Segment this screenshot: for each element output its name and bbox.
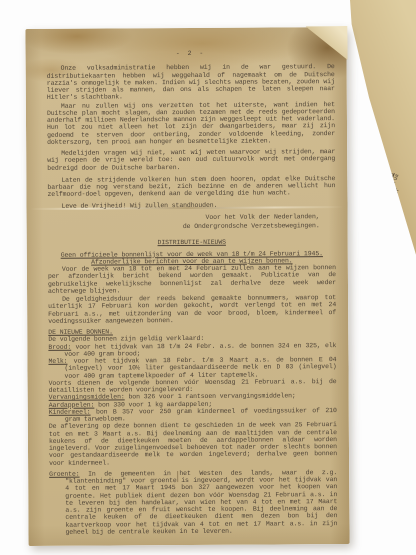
page-number: - 2 - [47, 49, 335, 58]
paragraph: De geldigheidsduur der reeds bekend gema… [48, 294, 336, 325]
slogan-line: Leve de Vrijheid! Wij zullen standhouden… [47, 201, 335, 210]
distribution-heading: DISTRIBUTIE-NIEUWS [48, 238, 336, 247]
bon-item-melk: Melk: voor het tijdvak van 18 Febr. t/m … [48, 356, 336, 380]
signature-block: Voor het Volk der Nederlanden, de Onderg… [48, 213, 336, 232]
delivery-item-label: Kindermeel: [49, 408, 91, 415]
delivery-item-text: bon B 357 voor 250 gram kindermeel of vo… [65, 407, 337, 423]
groente-item: Groente: In de gemeenten in het Westen d… [49, 469, 337, 536]
delivery-item-label: Aardappelen: [49, 401, 95, 408]
photo-background: te melk en melkpoed den met bon E 04 (in… [0, 0, 416, 555]
bon-item-text: voor het tijdvak van 18 Febr. t/m 3 Maar… [64, 356, 336, 379]
paragraph: Medelijden vragen wij niet, want wij wet… [47, 148, 335, 172]
paragraph: Maar nu zullen wij ons verzetten tot het… [47, 101, 335, 146]
bon-item-text: voor het tijdvak van 18 t/m 24 Febr. a.s… [64, 342, 336, 358]
delivery-paragraph: De aflevering op deze bonnen dient te ge… [49, 421, 337, 466]
bon-item-label: Brood: [48, 343, 71, 350]
groente-label: Groente: [49, 471, 79, 478]
groente-text: In de gemeenten in het Westen des lands,… [65, 469, 337, 536]
paragraph: Voor de week van 18 tot en met 24 Februa… [48, 264, 336, 295]
paragraph: Onze volksadministratie hebben wij in de… [47, 63, 335, 101]
paragraph: Laten de strijdende volkeren hun stem do… [47, 175, 335, 199]
signature-line: de Ondergrondsche Verzetsbewegingen. [48, 222, 320, 232]
document-page: - 2 - Onze volksadministratie hebben wij… [25, 27, 349, 546]
page-text: - 2 - Onze volksadministratie hebben wij… [47, 49, 338, 536]
